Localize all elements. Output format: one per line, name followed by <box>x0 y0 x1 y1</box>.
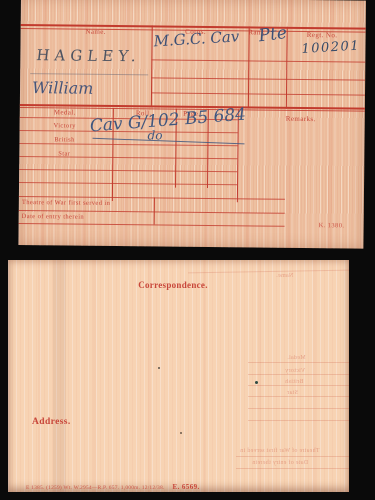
surname-underline <box>30 73 148 75</box>
address-label: Address. <box>32 419 71 426</box>
row-rule <box>151 77 365 80</box>
ghost-rule <box>248 362 349 363</box>
rank-handwriting: Pte <box>257 23 288 46</box>
row-rule <box>151 59 365 62</box>
remarks-label: Remarks. <box>276 116 326 124</box>
medal-index-card-front: Name. Corps. Rank. Regt. No. HAGLEY. Wil… <box>18 0 366 249</box>
british-medal-label: British <box>39 137 89 144</box>
corps-rank-divider <box>248 26 250 108</box>
scan-speck <box>255 381 258 384</box>
ghost-theatre-label: Theatre of War first served in <box>240 448 320 454</box>
ghost-rule <box>236 468 349 469</box>
ghost-rule <box>248 374 349 375</box>
ghost-medal-label: Medal. <box>287 355 306 361</box>
ghost-date-entry-label: Date of entry therein <box>252 460 308 466</box>
ghost-name-label: Name. <box>276 273 293 279</box>
theatre-row-rule <box>19 223 285 227</box>
ghost-rule <box>188 270 349 274</box>
ghost-rule <box>248 420 349 421</box>
date-of-entry-label: Date of entry therein <box>22 214 84 221</box>
medal-row-rule <box>19 169 237 172</box>
corps-handwriting: M.G.C. Cav <box>153 27 240 50</box>
theatre-of-war-label: Theatre of War first served in <box>22 200 111 207</box>
row-rule <box>151 92 365 95</box>
ghost-rule <box>248 385 349 386</box>
back-imprint-row: E 1385. (1259) Wt. W.2954—R.P. 657. 1,00… <box>26 476 200 494</box>
back-imprint-code: E. 6569. <box>173 483 200 491</box>
forename-handwriting: William <box>32 78 94 98</box>
regt-no-handwriting: 100201 <box>301 39 360 57</box>
name-corps-divider <box>151 25 153 107</box>
back-imprint-text: E 1385. (1259) Wt. W.2954—R.P. 657. 1,00… <box>26 485 165 491</box>
front-print-code: K. 1380. <box>319 223 345 230</box>
correspondence-title: Correspondence. <box>133 282 213 289</box>
ghost-rule <box>248 408 349 409</box>
regt-no-column-label: Regt. No. <box>295 32 350 40</box>
theatre-answer-divider <box>154 197 155 224</box>
surname-handwriting: HAGLEY. <box>35 46 142 65</box>
victory-medal-label: Victory <box>40 123 90 130</box>
name-column-label: Name. <box>71 29 121 37</box>
medal-label: Medal. <box>40 109 90 117</box>
medal-index-card-back: Correspondence. Address. Name. Medal. Vi… <box>8 260 349 492</box>
ghost-rule <box>248 396 349 397</box>
scanned-medal-card-photo: { "front_card": { "name_label": "Name.",… <box>0 0 375 500</box>
star-medal-label: Star <box>39 151 89 158</box>
scan-speck <box>180 432 182 434</box>
scan-shading-band <box>53 260 66 492</box>
scan-speck <box>158 367 160 369</box>
medal-row-rule <box>19 182 237 185</box>
ghost-rule <box>236 456 349 457</box>
